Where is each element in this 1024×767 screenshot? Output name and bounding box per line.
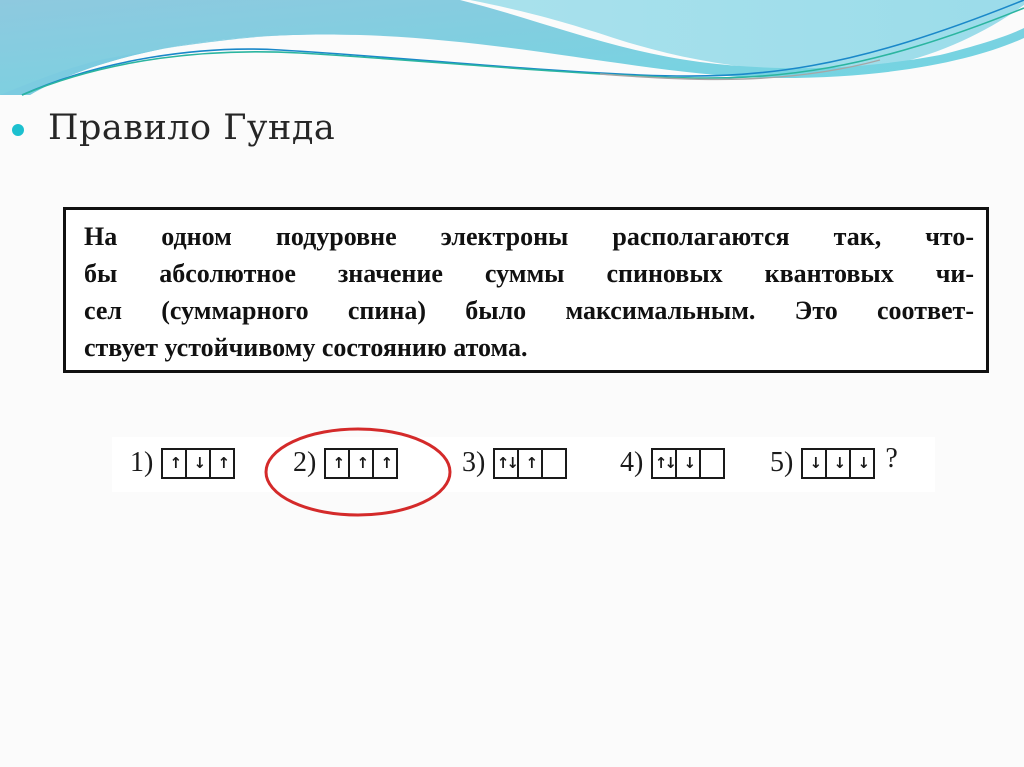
option-3: 3) ↑↓ ↑ — [462, 447, 567, 479]
orbital-cell: ↑ — [324, 448, 350, 479]
orbital-cell: ↑ — [517, 448, 543, 479]
option-2: 2) ↑ ↑ ↑ — [293, 447, 398, 479]
orbital-cell: ↑ — [161, 448, 187, 479]
orbital-cells: ↑↓ ↑ — [493, 448, 567, 479]
rule-definition-box: На одном подуровне электроны располагают… — [63, 207, 989, 373]
orbital-cell: ↓ — [825, 448, 851, 479]
orbital-cell: ↑ — [372, 448, 398, 479]
option-4: 4) ↑↓ ↓ — [620, 447, 725, 479]
orbital-cell: ↓ — [801, 448, 827, 479]
orbital-cells: ↑↓ ↓ — [651, 448, 725, 479]
orbital-cell — [699, 448, 725, 479]
rule-line: На одном подуровне электроны располагают… — [84, 218, 974, 255]
rule-line: ствует устойчивому состоянию атома. — [84, 329, 974, 366]
bullet-icon — [12, 124, 24, 136]
orbital-cell: ↑↓ — [493, 448, 519, 479]
option-label: 4) — [620, 447, 643, 479]
orbital-cell: ↑↓ — [651, 448, 677, 479]
option-5: 5) ↓ ↓ ↓ ? — [770, 447, 898, 479]
orbital-cells: ↑ ↑ ↑ — [324, 448, 398, 479]
question-mark: ? — [885, 443, 897, 475]
orbital-cell: ↓ — [849, 448, 875, 479]
orbital-cell: ↓ — [185, 448, 211, 479]
slide-title: Правило Гунда — [48, 108, 335, 148]
orbital-cell: ↓ — [675, 448, 701, 479]
rule-line: сел (суммарного спина) было максимальным… — [84, 292, 974, 329]
orbital-cell: ↑ — [209, 448, 235, 479]
option-label: 2) — [293, 447, 316, 479]
header-wave-decoration — [0, 0, 1024, 100]
rule-text: На одном подуровне электроны располагают… — [84, 218, 974, 366]
option-label: 5) — [770, 447, 793, 479]
orbital-cells: ↑ ↓ ↑ — [161, 448, 235, 479]
orbital-cell — [541, 448, 567, 479]
option-label: 1) — [130, 447, 153, 479]
rule-line: бы абсолютное значение суммы спиновых кв… — [84, 255, 974, 292]
option-1: 1) ↑ ↓ ↑ — [130, 447, 235, 479]
orbital-cells: ↓ ↓ ↓ — [801, 448, 875, 479]
orbital-cell: ↑ — [348, 448, 374, 479]
title-row: Правило Гунда — [12, 108, 335, 148]
option-label: 3) — [462, 447, 485, 479]
